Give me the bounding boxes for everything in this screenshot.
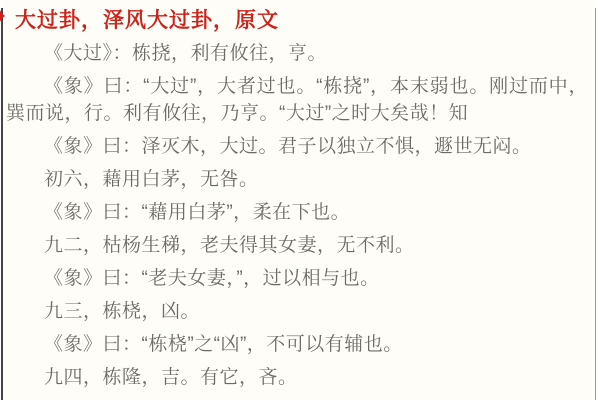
left-margin <box>0 0 1 400</box>
text-line: 《大过》：栋挠，利有攸往，亨。 <box>6 40 588 67</box>
text-line: 《象》曰：“栋桡”之“凶”，不可以有辅也。 <box>6 331 588 358</box>
text-line: 《象》曰：“大过”，大者过也。“栋挠”，本末弱也。刚过而中，巽而说，行。利有攸往… <box>6 73 588 127</box>
text-line: 《象》曰：“藉用白茅”，柔在下也。 <box>6 199 588 226</box>
article-page: ❥ 大过卦，泽风大过卦，原文 《大过》：栋挠，利有攸往，亨。《象》曰：“大过”，… <box>0 0 600 400</box>
text-line: 九四，栋隆，吉。有它，吝。 <box>6 364 588 391</box>
text-line: 《象》曰：“老夫女妻，”，过以相与也。 <box>6 265 588 292</box>
text-line: 九二，枯杨生稊，老夫得其女妻，无不利。 <box>6 232 588 259</box>
article-body: 《大过》：栋挠，利有攸往，亨。《象》曰：“大过”，大者过也。“栋挠”，本末弱也。… <box>6 40 588 400</box>
right-margin <box>596 0 600 400</box>
text-line: 九三，栋桡，凶。 <box>6 298 588 325</box>
left-border-line <box>1 8 3 400</box>
text-line: 初六，藉用白茅，无咎。 <box>6 166 588 193</box>
page-title: 大过卦，泽风大过卦，原文 <box>13 4 279 34</box>
article-header: ❥ 大过卦，泽风大过卦，原文 <box>0 4 590 34</box>
bullet-glyph: ❥ <box>0 6 7 30</box>
red-bullet-icon: ❥ <box>0 6 13 32</box>
text-line: 《象》曰：泽灭木，大过。君子以独立不惧，遯世无闷。 <box>6 133 588 160</box>
